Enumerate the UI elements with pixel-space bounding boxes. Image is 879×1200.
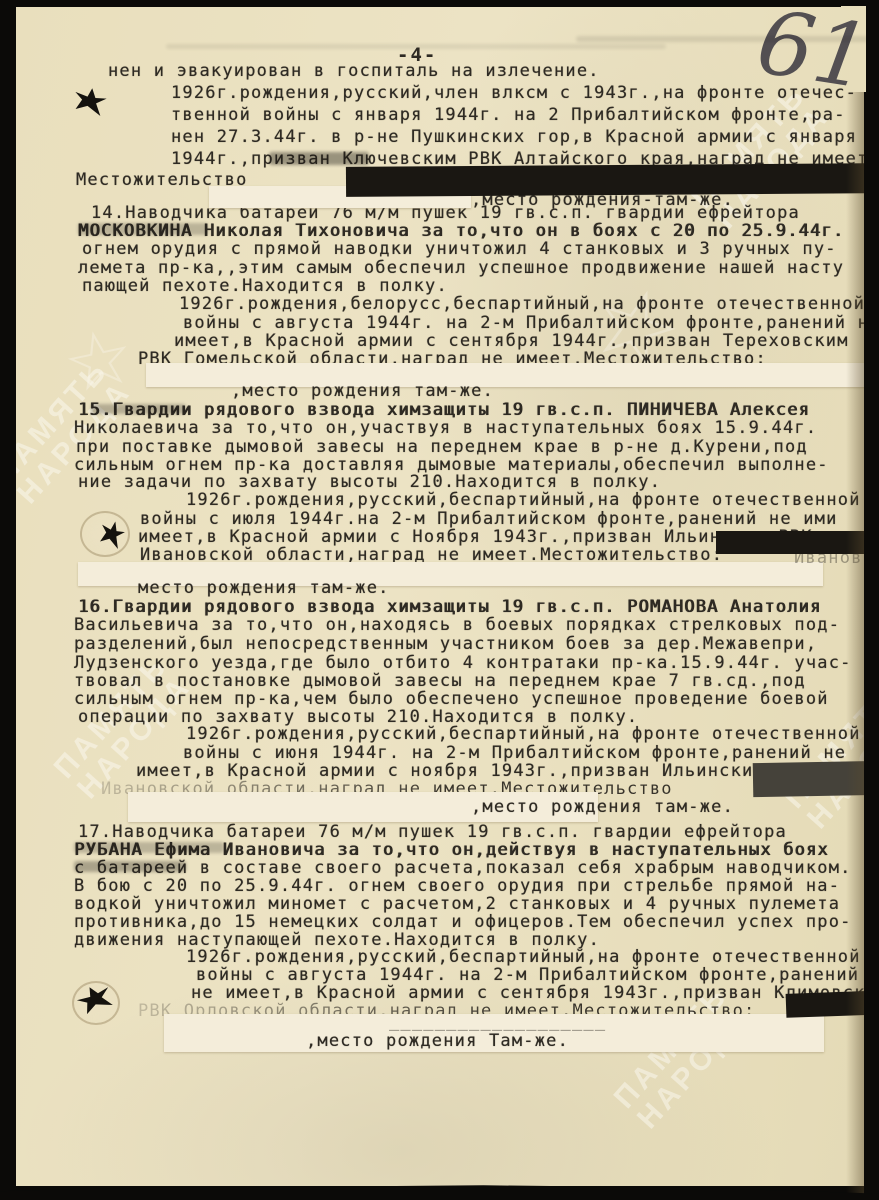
right-crease-shadow bbox=[846, 92, 864, 1200]
ink-smear bbox=[91, 404, 186, 414]
text-line: Николаевича за то,что он,участвуя в наст… bbox=[74, 418, 817, 438]
text-line: водкой уничтожил миномет с расчетом,2 ст… bbox=[74, 894, 840, 914]
text-line: имеет,в Красной армии с Ноября 1943г.,пр… bbox=[138, 527, 813, 547]
text-line: не имеет,в Красной армии с сентября 1943… bbox=[191, 983, 866, 1003]
text-line: войны с августа 1944г. на 2-м Прибалтийс… bbox=[196, 965, 859, 985]
text-line: имеет,в Красной армии с сентября 1944г.,… bbox=[174, 331, 849, 351]
text-line: твовал в постановке дымовой завесы на пе… bbox=[74, 671, 806, 691]
text-line: место рождения там-же. bbox=[138, 578, 390, 598]
text-line: пающей пехоте.Находится в полку. bbox=[82, 276, 448, 296]
text-line: войны с августа 1944г. на 2-м Прибалтийс… bbox=[183, 313, 866, 333]
document-scan: -4- 61 ПАМЯТЬ НАРОДАПАМЯТЬ НАРОДАПАМЯТЬ … bbox=[0, 0, 879, 1200]
text-line: ,место рождения там-же. bbox=[231, 381, 494, 401]
text-line: 16.Гвардии рядового взвода химзащиты 19 … bbox=[78, 597, 821, 617]
text-line: 1926г.рождения,русский,беспартийный,на ф… bbox=[186, 947, 861, 967]
text-line: твенной войны с января 1944г. на 2 Приба… bbox=[171, 105, 846, 125]
scan-edge-bottom bbox=[0, 1184, 879, 1200]
text-line: 17.Наводчика батареи 76 м/м пушек 19 гв.… bbox=[78, 822, 787, 842]
text-line: 1926г.рождения,белорусс,беспартийный,на … bbox=[179, 294, 865, 314]
text-line: с батареей в составе своего расчета,пока… bbox=[74, 858, 852, 878]
text-line: лемета пр-ка,,этим самым обеспечил успеш… bbox=[78, 258, 844, 278]
paper-sheet: -4- 61 ПАМЯТЬ НАРОДАПАМЯТЬ НАРОДАПАМЯТЬ … bbox=[16, 6, 866, 1186]
text-line: имеет,в Красной армии с ноября 1943г.,пр… bbox=[136, 761, 845, 781]
ink-smear bbox=[74, 842, 224, 853]
text-line: огнем орудия с прямой наводки уничтожил … bbox=[82, 239, 837, 259]
text-line: ,место рождения Там-же. bbox=[306, 1031, 569, 1051]
text-line: нен и эвакуирован в госпиталь на излечен… bbox=[108, 61, 600, 81]
text-line: 1926г.рождения,русский,беспартийный,на ф… bbox=[186, 724, 861, 744]
text-line: противника,до 15 немецких солдат и офице… bbox=[74, 912, 852, 932]
redaction-bar bbox=[346, 163, 866, 197]
text-line: войны с июня 1944г. на 2-м Прибалтийском… bbox=[183, 743, 846, 763]
hole-punch-ring bbox=[80, 511, 130, 557]
redaction-bar bbox=[716, 531, 866, 554]
text-line: Васильевича за то,что он,находясь в боев… bbox=[74, 615, 840, 635]
ink-smear bbox=[269, 152, 369, 165]
text-line: 15.Гвардии рядового взвода химзащиты 19 … bbox=[78, 400, 810, 420]
ink-smear bbox=[74, 861, 186, 872]
text-line: ние задачи по захвату высоты 210.Находит… bbox=[78, 472, 661, 492]
ink-smear bbox=[78, 223, 208, 235]
ink-blot bbox=[72, 85, 108, 116]
text-line: Лудзенского уезда,где было отбито 4 конт… bbox=[74, 653, 852, 673]
text-line: при поставке дымовой завесы на переднем … bbox=[76, 437, 808, 457]
text-line: войны с июля 1944г.на 2-м Прибалтийском … bbox=[140, 509, 838, 529]
scan-edge-top bbox=[0, 0, 841, 7]
text-line: ,место рождения там-же. bbox=[471, 797, 734, 817]
text-line: сильным огнем пр-ка,чем было обеспечено … bbox=[74, 689, 829, 709]
scan-edge-right bbox=[864, 92, 879, 1200]
ink-smear bbox=[576, 36, 866, 42]
ink-smear bbox=[166, 44, 666, 49]
scan-edge-left bbox=[0, 0, 16, 1200]
text-line: разделений,был непосредственным участник… bbox=[74, 634, 817, 654]
text-line: В бою с 20 по 25.9.44г. огнем своего ору… bbox=[74, 876, 840, 896]
text-line: 1926г.рождения,русский,беспартийный,на ф… bbox=[186, 490, 861, 510]
text-line: нен 27.3.44г. в р-не Пушкинских гор,в Кр… bbox=[171, 127, 866, 147]
